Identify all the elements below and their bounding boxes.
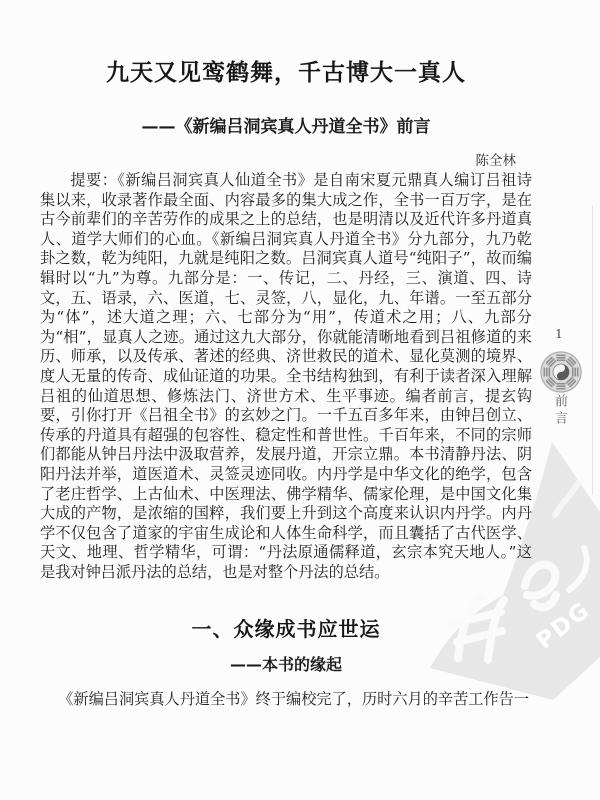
page-title: 九天又见鸾鹤舞，千古博大一真人 [40,54,532,87]
page-subtitle: ——《新编吕洞宾真人丹道全书》前言 [40,112,532,137]
folio-label: 前言 [549,394,569,428]
scanned-book-page: PDG 九天又见鸾鹤舞，千古博大一真人 ——《新编吕洞宾真人丹道全书》前言 陈全… [0,0,600,800]
author-name: 陈全林 [40,149,532,169]
section-heading: 一、众缘成书应世运 [40,613,532,642]
page-edge-line [592,205,593,495]
page-number: 1 [548,327,570,341]
section-subheading: ——本书的缘起 [40,652,532,675]
taiji-bagua-seal-icon [539,350,583,394]
abstract-paragraph: 提要：《新编吕洞宾真人仙道全书》是自南宋夏元鼎真人编订吕祖诗集以来，收录著作最全… [40,171,532,582]
body-first-line: 《新编吕洞宾真人丹道全书》终于编校完了，历时六月的辛苦工作告一 [40,690,532,710]
watermark-pdg-text: PDG [532,597,596,655]
